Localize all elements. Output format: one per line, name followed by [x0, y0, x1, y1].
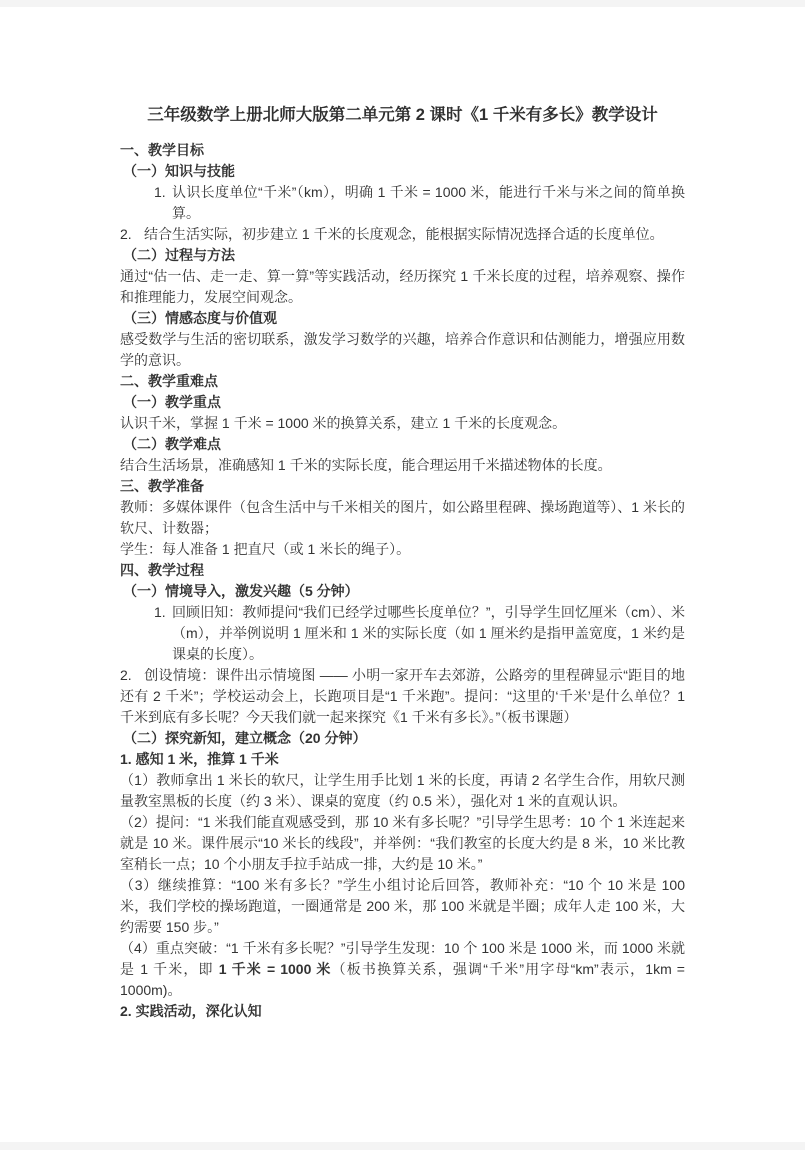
- list-item: 2.结合生活实际，初步建立 1 千米的长度观念，能根据实际情况选择合适的长度单位…: [120, 224, 685, 245]
- section-3-heading: 三、教学准备: [120, 476, 685, 497]
- paragraph: （3）继续推算：“100 米有多长？”学生小组讨论后回答，教师补充：“10 个 …: [120, 875, 685, 938]
- section-2b-heading: （二）教学难点: [120, 434, 685, 455]
- paragraph: （2）提问：“1 米我们能直观感受到，那 10 米有多长呢？”引导学生思考：10…: [120, 812, 685, 875]
- paragraph-text: （2）提问：“1 米我们能直观感受到，那 10 米有多长呢？”引导学生思考：10…: [120, 814, 685, 872]
- section-1b-heading: （二）过程与方法: [120, 245, 685, 266]
- activity-1-heading: 1. 感知 1 米，推算 1 千米: [120, 749, 685, 770]
- section-1c-heading: （三）情感态度与价值观: [120, 308, 685, 329]
- list-number: 2.: [120, 224, 144, 245]
- list-number: 1.: [154, 602, 166, 623]
- activity-2-heading: 2. 实践活动，深化认知: [120, 1001, 685, 1022]
- paragraph: 学生：每人准备 1 把直尺（或 1 米长的绳子）。: [120, 539, 685, 560]
- paragraph: （1）教师拿出 1 米长的软尺，让学生用手比划 1 米的长度，再请 2 名学生合…: [120, 770, 685, 812]
- doc-title: 三年级数学上册北师大版第二单元第 2 课时《1 千米有多长》教学设计: [120, 103, 685, 127]
- paragraph-text: （1）教师拿出 1 米长的软尺，让学生用手比划 1 米的长度，再请 2 名学生合…: [120, 772, 685, 809]
- list-text: 认识长度单位“千米”（km），明确 1 千米 = 1000 米，能进行千米与米之…: [172, 184, 685, 221]
- paragraph: （4）重点突破：“1 千米有多长呢？”引导学生发现：10 个 100 米是 10…: [120, 938, 685, 1001]
- paragraph: 通过“估一估、走一走、算一算”等实践活动，经历探究 1 千米长度的过程，培养观察…: [120, 266, 685, 308]
- list-number: 1.: [154, 182, 166, 203]
- section-2-heading: 二、教学重难点: [120, 371, 685, 392]
- list-number: 2.: [120, 665, 144, 686]
- list-text: 回顾旧知：教师提问“我们已经学过哪些长度单位？”，引导学生回忆厘米（cm）、米（…: [172, 604, 685, 662]
- list-item: 1. 认识长度单位“千米”（km），明确 1 千米 = 1000 米，能进行千米…: [120, 182, 685, 224]
- list-item: 2.创设情境：课件出示情境图 —— 小明一家开车去郊游，公路旁的里程碑显示“距目…: [120, 665, 685, 728]
- paragraph: 感受数学与生活的密切联系，激发学习数学的兴趣，培养合作意识和估测能力，增强应用数…: [120, 329, 685, 371]
- list-text: 创设情境：课件出示情境图 —— 小明一家开车去郊游，公路旁的里程碑显示“距目的地…: [120, 667, 685, 725]
- paragraph-text: （3）继续推算：“100 米有多长？”学生小组讨论后回答，教师补充：“10 个 …: [120, 877, 685, 935]
- section-4b-heading: （二）探究新知，建立概念（20 分钟）: [120, 728, 685, 749]
- paragraph: 结合生活场景，准确感知 1 千米的实际长度，能合理运用千米描述物体的长度。: [120, 455, 685, 476]
- section-1-heading: 一、教学目标: [120, 140, 685, 161]
- paragraph: 教师：多媒体课件（包含生活中与千米相关的图片，如公路里程碑、操场跑道等）、1 米…: [120, 497, 685, 539]
- list-text: 结合生活实际，初步建立 1 千米的长度观念，能根据实际情况选择合适的长度单位。: [144, 226, 664, 242]
- key-formula: 1 千米 = 1000 米: [219, 961, 332, 977]
- document-content: 三年级数学上册北师大版第二单元第 2 课时《1 千米有多长》教学设计 一、教学目…: [0, 7, 805, 1022]
- section-4a-heading: （一）情境导入，激发兴趣（5 分钟）: [120, 581, 685, 602]
- document-canvas: 三年级数学上册北师大版第二单元第 2 课时《1 千米有多长》教学设计 一、教学目…: [0, 0, 805, 1150]
- document-page: 三年级数学上册北师大版第二单元第 2 课时《1 千米有多长》教学设计 一、教学目…: [0, 7, 805, 1142]
- paragraph: 认识千米，掌握 1 千米 = 1000 米的换算关系，建立 1 千米的长度观念。: [120, 413, 685, 434]
- section-4-heading: 四、教学过程: [120, 560, 685, 581]
- list-item: 1. 回顾旧知：教师提问“我们已经学过哪些长度单位？”，引导学生回忆厘米（cm）…: [120, 602, 685, 665]
- section-1a-heading: （一）知识与技能: [120, 161, 685, 182]
- section-2a-heading: （一）教学重点: [120, 392, 685, 413]
